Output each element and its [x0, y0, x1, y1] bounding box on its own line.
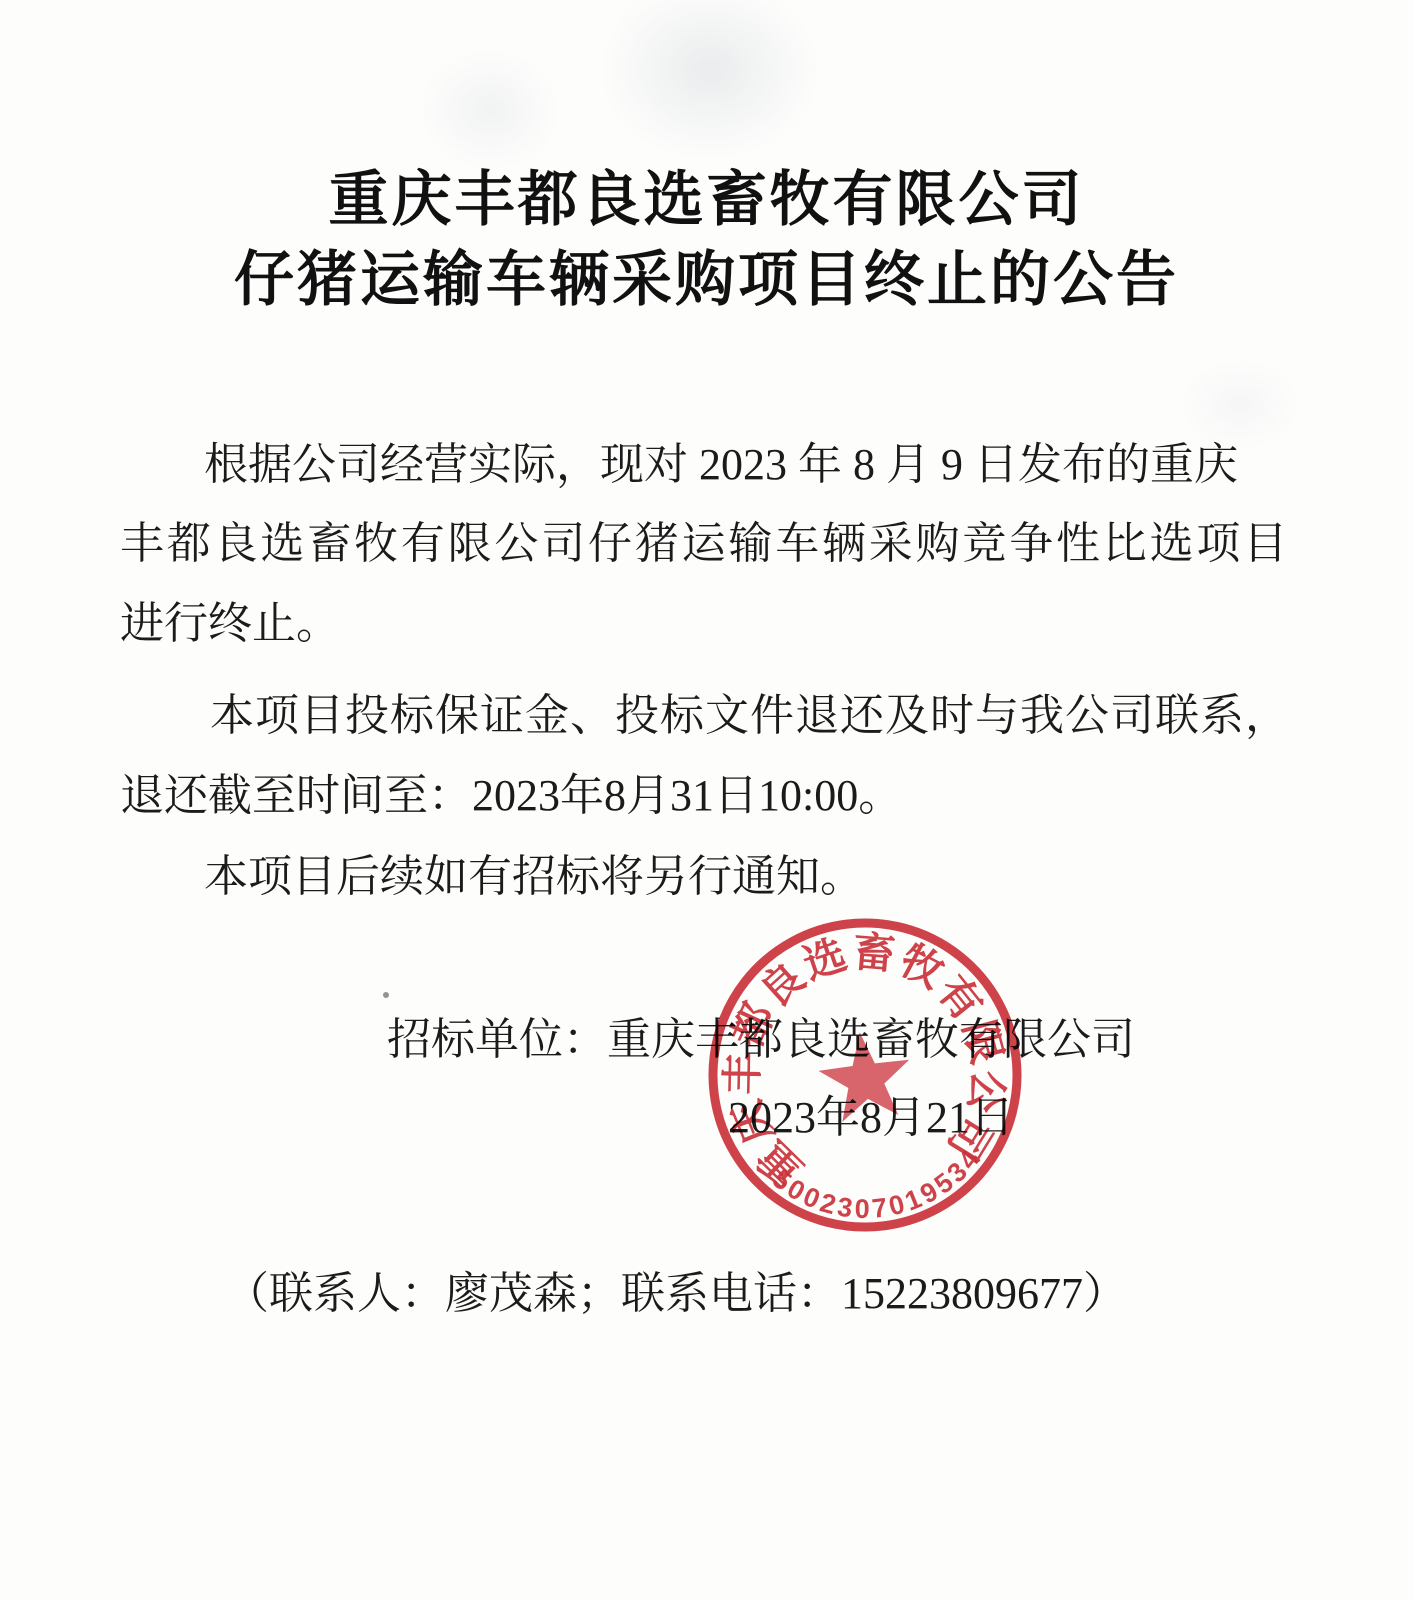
paragraph1-line2: 丰都良选畜牧有限公司仔猪运输车辆采购竞争性比选项目: [120, 522, 1290, 566]
scan-smudge: [420, 50, 560, 170]
seal-outer-ring: [696, 906, 1035, 1245]
scan-smudge: [1180, 360, 1300, 450]
paragraph2-line2: 退还截至时间至：2023年8月31日10:00。: [120, 774, 902, 818]
paragraph3-line1: 本项目后续如有招标将另行通知。: [204, 855, 864, 899]
document-title-line1: 重庆丰都良选畜牧有限公司: [0, 170, 1413, 230]
paragraph1-line1: 根据公司经营实际，现对 2023 年 8 月 9 日发布的重庆: [204, 443, 1238, 487]
announcement-date: 2023年8月21日: [728, 1096, 1014, 1140]
scan-smudge: [600, 0, 820, 160]
contact-info-line: （联系人：廖茂森；联系电话：15223809677）: [225, 1272, 1127, 1316]
paragraph2-line1: 本项目投标保证金、投标文件退还及时与我公司联系，: [210, 694, 1290, 738]
announcement-document: 重庆丰都良选畜牧有限公司 仔猪运输车辆采购项目终止的公告 根据公司经营实际，现对…: [0, 0, 1413, 1600]
scan-speck: [383, 992, 389, 998]
paragraph1-line3: 进行终止。: [120, 602, 340, 646]
seal-serial-number: 5002307019534: [764, 1139, 993, 1236]
document-title-line2: 仔猪运输车辆采购项目终止的公告: [0, 250, 1413, 310]
tendering-unit-line: 招标单位：重庆丰都良选畜牧有限公司: [387, 1018, 1135, 1062]
